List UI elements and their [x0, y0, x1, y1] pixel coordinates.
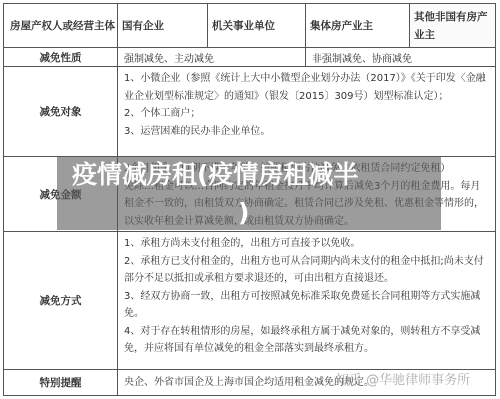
- header-col-state-owned: 国有企业: [118, 4, 208, 47]
- nature-state: 强制减免、主动减免: [118, 48, 306, 66]
- header-col-other-private: 其他非国有房产业主: [410, 4, 495, 47]
- method-item: 2、承租方已支付租金的，出租方也可从合同期内尚未支付的租金中抵扣;尚未支付部分不…: [124, 253, 489, 288]
- watermark: 知乎 @华驰律师事务所: [336, 369, 470, 388]
- row-label-targets: 减免对象: [4, 67, 118, 156]
- method-item: 4、对于存在转租情形的房屋，如最终承租方属于减免对象的，则转租方不享受减免，并应…: [124, 323, 489, 358]
- overlay-title-continuation: ): [238, 198, 249, 228]
- header-col-collective: 集体房产业主: [306, 4, 410, 47]
- method-item: 1、承租方尚未支付租金的，出租方可直接予以免收。: [124, 235, 489, 253]
- table-row-nature: 减免性质 强制减免、主动减免 非强制减免、协商减免: [4, 48, 495, 67]
- target-item: 3、运营困难的民办非企业单位。: [124, 123, 489, 141]
- row-label-method: 减免方式: [4, 232, 118, 369]
- method-item: 3、经双方协商一致，出租方可按照减免标准采取免费延长合同租期等方式实施减免。: [124, 288, 489, 323]
- target-item: 2、个体工商户；: [124, 105, 489, 123]
- row-label-nature: 减免性质: [4, 48, 118, 66]
- header-label: 房屋产权人或经营主体: [4, 4, 118, 47]
- table-row-method: 减免方式 1、承租方尚未支付租金的，出租方可直接予以免收。 2、承租方已支付租金…: [4, 232, 495, 370]
- targets-content: 1、小微企业（参照《统计上大中小微型企业划分办法（2017）》《关于印发〈金融业…: [118, 67, 495, 156]
- target-item: 1、小微企业（参照《统计上大中小微型企业划分办法（2017）》《关于印发〈金融业…: [124, 70, 489, 105]
- table-row-targets: 减免对象 1、小微企业（参照《统计上大中小微型企业划分办法（2017）》《关于印…: [4, 67, 495, 157]
- table-header-row: 房屋产权人或经营主体 国有企业 机关事业单位 集体房产业主 其他非国有房产业主: [4, 4, 495, 48]
- header-col-institutions: 机关事业单位: [208, 4, 306, 47]
- row-label-reminder: 特别提醒: [4, 370, 118, 395]
- overlay-title: 疫情减房租(疫情房租减半: [72, 160, 358, 190]
- nature-nonstate: 非强制减免、协商减免: [306, 48, 495, 66]
- method-content: 1、承租方尚未支付租金的，出租方可直接予以免收。 2、承租方已支付租金的，出租方…: [118, 232, 495, 369]
